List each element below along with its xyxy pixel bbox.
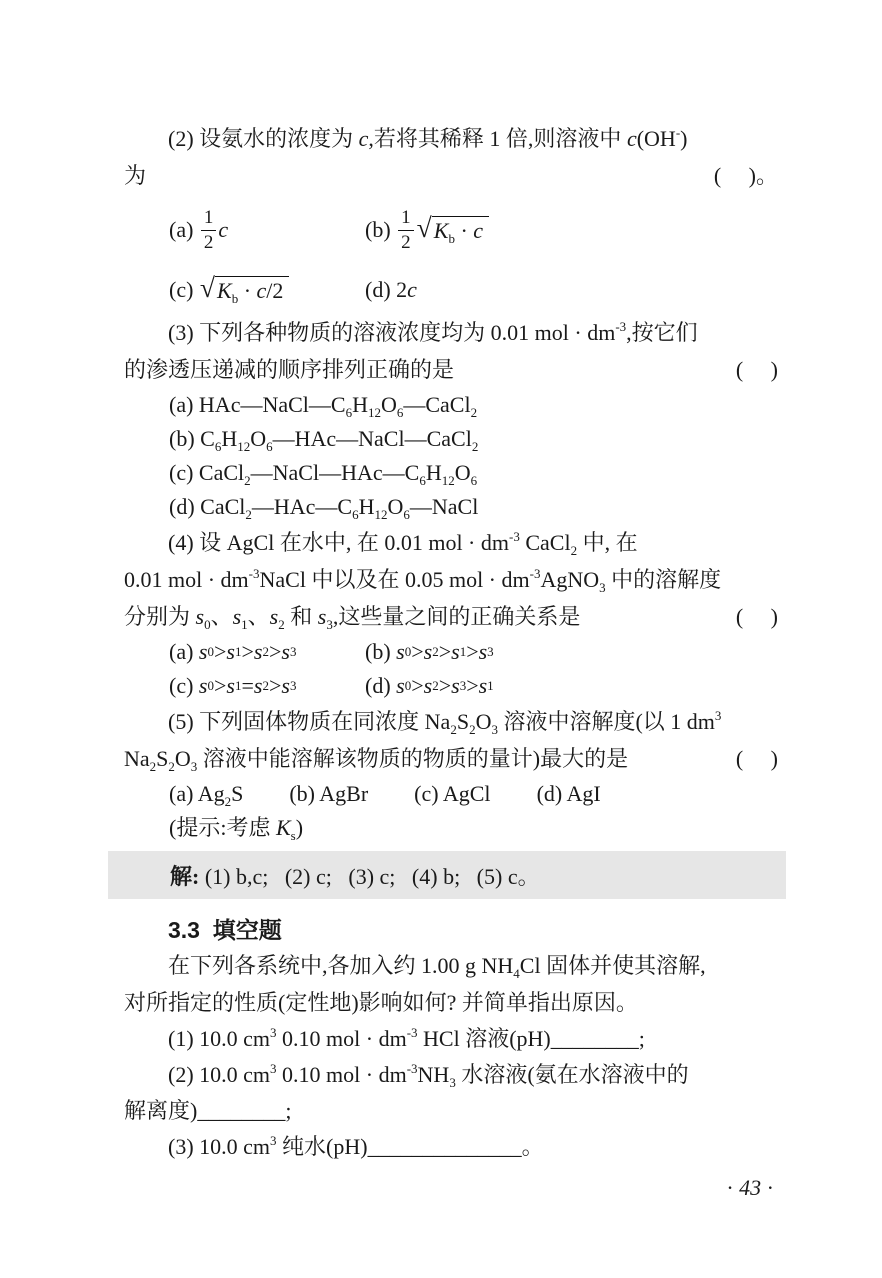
question-4-line-3: 分别为 s0、s1、s2 和 s3,这些量之间的正确关系是 ( ) bbox=[124, 598, 778, 635]
question-5-hint: (提示:考虑 Ks) bbox=[124, 811, 778, 845]
question-5-line-1: (5) 下列固体物质在同浓度 Na2S2O3 溶液中溶解度(以 1 dm3 bbox=[124, 703, 778, 740]
question-2-options-row-2: (c) √Kb · c/2 (d) 2c bbox=[124, 266, 778, 314]
question-5-option-a: (a) Ag2S bbox=[169, 777, 243, 811]
question-3-option-d: (d) CaCl2—HAc—C6H12O6—NaCl bbox=[124, 490, 778, 524]
question-3-option-c: (c) CaCl2—NaCl—HAc—C6H12O6 bbox=[124, 456, 778, 490]
page: { "page": { "number_runs": [{"t":"· "},{… bbox=[0, 0, 882, 1278]
question-2-line-2-text: 为 bbox=[124, 157, 146, 194]
question-4-line-3-text: 分别为 s0、s1、s2 和 s3,这些量之间的正确关系是 bbox=[124, 598, 580, 635]
section-intro-line-1: 在下列各系统中,各加入约 1.00 g NH4Cl 固体并使其溶解, bbox=[124, 947, 778, 984]
page-content: (2) 设氨水的浓度为 c,若将其稀释 1 倍,则溶液中 c(OH-) 为 ( … bbox=[124, 0, 778, 1203]
question-3-option-b: (b) C6H12O6—HAc—NaCl—CaCl2 bbox=[124, 422, 778, 456]
question-2-option-d: (d) 2c bbox=[365, 277, 417, 303]
question-4-option-c: (c) s0>s1=s2>s3 bbox=[169, 673, 365, 699]
question-5-option-c: (c) AgCl bbox=[414, 777, 490, 811]
question-4-option-a: (a) s0>s1>s2>s3 bbox=[169, 639, 365, 665]
question-3-line-2: 的渗透压递减的顺序排列正确的是 ( ) bbox=[124, 351, 778, 388]
question-4-answer-bracket: ( ) bbox=[736, 598, 778, 635]
question-5-line-2-text: Na2S2O3 溶液中能溶解该物质的物质的量计)最大的是 bbox=[124, 740, 628, 777]
section-heading: 3.3 填空题 bbox=[124, 913, 778, 947]
question-2-options-row-1: (a) 12c (b) 12√Kb · c bbox=[124, 194, 778, 266]
solution-box: 解: (1) b,c; (2) c; (3) c; (4) b; (5) c。 bbox=[108, 851, 786, 899]
question-2-option-b: (b) 12√Kb · c bbox=[365, 207, 489, 254]
question-2-line-2: 为 ( )。 bbox=[124, 157, 778, 194]
fill-item-2-line-1: (2) 10.0 cm3 0.10 mol · dm-3NH3 水溶液(氨在水溶… bbox=[124, 1057, 778, 1093]
question-4-line-2: 0.01 mol · dm-3NaCl 中以及在 0.05 mol · dm-3… bbox=[124, 561, 778, 598]
page-number: · 43 · bbox=[124, 1173, 778, 1203]
question-3-option-a: (a) HAc—NaCl—C6H12O6—CaCl2 bbox=[124, 388, 778, 422]
fill-item-3: (3) 10.0 cm3 纯水(pH)______________。 bbox=[124, 1129, 778, 1165]
question-5-options-row: (a) Ag2S (b) AgBr (c) AgCl (d) AgI bbox=[124, 777, 778, 811]
question-2-line-1: (2) 设氨水的浓度为 c,若将其稀释 1 倍,则溶液中 c(OH-) bbox=[124, 120, 778, 157]
question-4-line-1: (4) 设 AgCl 在水中, 在 0.01 mol · dm-3 CaCl2 … bbox=[124, 524, 778, 561]
question-3-answer-bracket: ( ) bbox=[736, 351, 778, 388]
question-4-option-d: (d) s0>s2>s3>s1 bbox=[365, 673, 494, 699]
solution-text: 解: (1) b,c; (2) c; (3) c; (4) b; (5) c。 bbox=[170, 860, 540, 891]
question-5-option-b: (b) AgBr bbox=[289, 777, 368, 811]
question-2-option-c: (c) √Kb · c/2 bbox=[169, 276, 365, 304]
question-3-line-2-text: 的渗透压递减的顺序排列正确的是 bbox=[124, 351, 454, 388]
question-4-options-row-1: (a) s0>s1>s2>s3 (b) s0>s2>s1>s3 bbox=[124, 635, 778, 669]
question-2-option-a: (a) 12c bbox=[169, 207, 365, 254]
question-2-answer-bracket: ( )。 bbox=[714, 157, 778, 194]
question-5-option-d: (d) AgI bbox=[537, 777, 601, 811]
section-intro-line-2: 对所指定的性质(定性地)影响如何? 并简单指出原因。 bbox=[124, 984, 778, 1021]
question-4-options-row-2: (c) s0>s1=s2>s3 (d) s0>s2>s3>s1 bbox=[124, 669, 778, 703]
question-5-line-2: Na2S2O3 溶液中能溶解该物质的物质的量计)最大的是 ( ) bbox=[124, 740, 778, 777]
fill-item-1: (1) 10.0 cm3 0.10 mol · dm-3 HCl 溶液(pH)_… bbox=[124, 1021, 778, 1057]
question-4-option-b: (b) s0>s2>s1>s3 bbox=[365, 639, 494, 665]
question-5-answer-bracket: ( ) bbox=[736, 740, 778, 777]
fill-item-2-line-2: 解离度)________; bbox=[124, 1093, 778, 1129]
question-3-line-1: (3) 下列各种物质的溶液浓度均为 0.01 mol · dm-3,按它们 bbox=[124, 314, 778, 351]
